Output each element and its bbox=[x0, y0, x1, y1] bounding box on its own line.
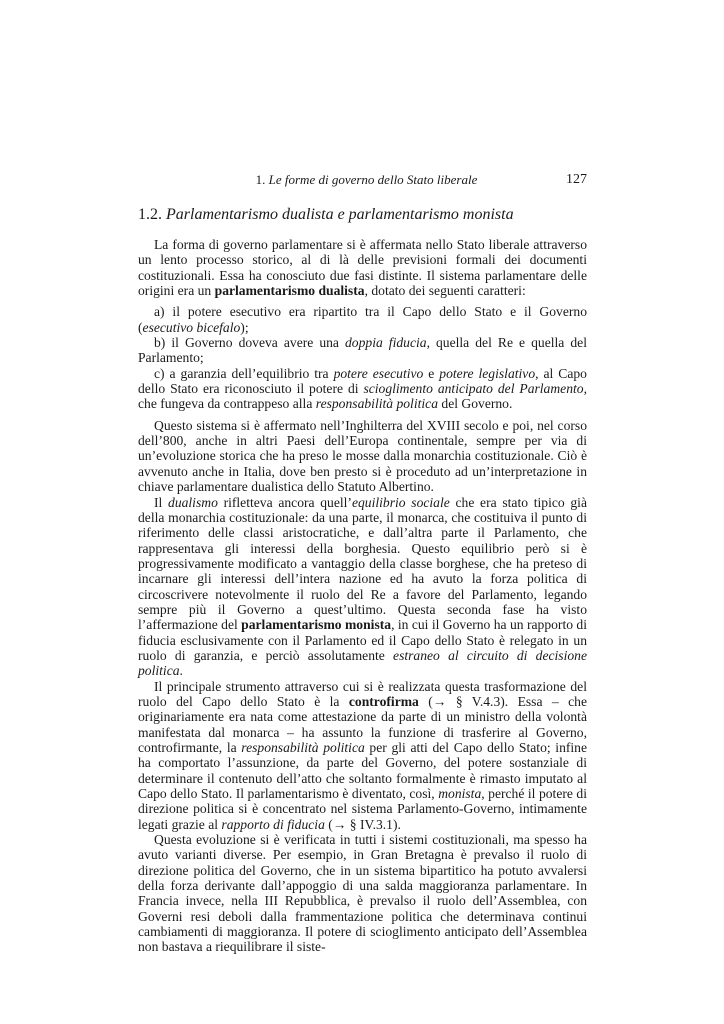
italic-term: esecutivo bicefalo bbox=[143, 320, 241, 335]
running-head: 1. Le forme di governo dello Stato liber… bbox=[138, 172, 587, 190]
text-run: rifletteva ancora quell’ bbox=[218, 495, 352, 510]
text-run: Questo sistema si è affermato nell’Inghi… bbox=[138, 418, 587, 494]
italic-term: potere esecutivo bbox=[334, 366, 424, 381]
italic-term: rapporto di fiducia bbox=[221, 817, 324, 832]
text-run: (→ § IV.3.1). bbox=[325, 817, 401, 832]
bold-term: parlamentarismo monista bbox=[241, 617, 391, 632]
italic-term: equilibrio sociale bbox=[352, 495, 450, 510]
text-run: ); bbox=[240, 320, 248, 335]
text-run: del Governo. bbox=[438, 396, 512, 411]
text-run: Questa evoluzione si è verificata in tut… bbox=[138, 832, 587, 954]
section-title: Parlamentarismo dualista e parlamentaris… bbox=[166, 206, 514, 223]
text-run: che era stato tipico già della monarchia… bbox=[138, 495, 587, 633]
text-run: , dotato dei seguenti caratteri: bbox=[365, 283, 526, 298]
section-heading: 1.2. Parlamentarismo dualista e parlamen… bbox=[138, 205, 587, 225]
italic-term: scioglimento anticipato del Parlamento bbox=[363, 381, 583, 396]
paragraph-history: Questo sistema si è affermato nell’Inghi… bbox=[138, 418, 587, 495]
running-title: 1. Le forme di governo dello Stato liber… bbox=[138, 172, 587, 188]
paragraph-evolution: Questa evoluzione si è verificata in tut… bbox=[138, 832, 587, 955]
text-run: Il bbox=[154, 495, 168, 510]
paragraph-dualism: Il dualismo rifletteva ancora quell’equi… bbox=[138, 495, 587, 679]
list-item-b: b) il Governo doveva avere una doppia fi… bbox=[138, 335, 587, 366]
paragraph-controfirma: Il principale strumento attraverso cui s… bbox=[138, 679, 587, 832]
list-item-c: c) a garanzia dell’equilibrio tra potere… bbox=[138, 366, 587, 412]
text-run: c) a garanzia dell’equilibrio tra bbox=[154, 366, 334, 381]
italic-term: doppia fiducia bbox=[345, 335, 427, 350]
text-run: . bbox=[180, 663, 183, 678]
italic-term: responsabilità politica bbox=[316, 396, 438, 411]
page-number: 127 bbox=[566, 172, 587, 188]
paragraph-intro: La forma di governo parlamentare si è af… bbox=[138, 237, 587, 298]
body-text: La forma di governo parlamentare si è af… bbox=[138, 237, 587, 955]
bold-term: par­lamentarismo dualista bbox=[215, 283, 365, 298]
italic-term: dualismo bbox=[168, 495, 218, 510]
italic-term: potere legislativo bbox=[439, 366, 535, 381]
chapter-number: 1. bbox=[256, 172, 266, 187]
section-number: 1.2. bbox=[138, 206, 162, 223]
list-item-a: a) il potere esecutivo era ripartito tra… bbox=[138, 304, 587, 335]
text-run: e bbox=[423, 366, 439, 381]
bold-term: controfirma bbox=[349, 694, 419, 709]
italic-term: responsabilità politica bbox=[241, 740, 364, 755]
text-run: b) il Governo doveva avere una bbox=[154, 335, 345, 350]
chapter-title: Le forme di governo dello Stato liberale bbox=[269, 172, 478, 187]
italic-term: monista bbox=[438, 786, 481, 801]
book-page: 1. Le forme di governo dello Stato liber… bbox=[138, 172, 587, 955]
